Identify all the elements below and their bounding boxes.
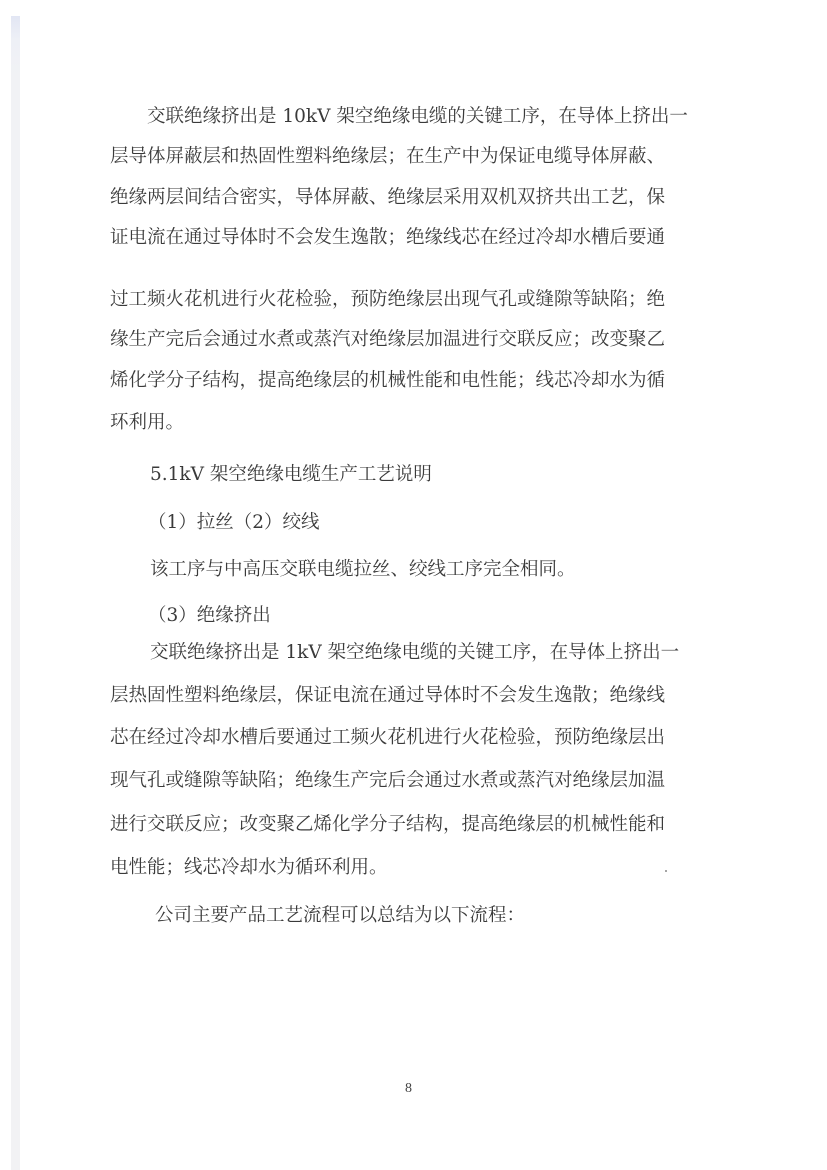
text-line: 过工频火花机进行火花检验，预防绝缘层出现气孔或缝隙等缺陷；绝 xyxy=(110,286,665,314)
process-flow-summary: 公司主要产品工艺流程可以总结为以下流程： xyxy=(155,902,525,930)
text-line: 芯在经过冷却水槽后要通过工频火花机进行火花检验，预防绝缘层出 xyxy=(110,724,665,752)
text-line: 现气孔或缝隙等缺陷；绝缘生产完后会通过水煮或蒸汽对绝缘层加温 xyxy=(110,767,665,795)
text-line: 进行交联反应；改变聚乙烯化学分子结构，提高绝缘层的机械性能和 xyxy=(110,811,665,839)
same-process-text: 该工序与中高压交联电缆拉丝、绞线工序完全相同。 xyxy=(150,556,576,584)
text-line: 烯化学分子结构，提高绝缘层的机械性能和电性能；线芯冷却水为循 xyxy=(110,367,665,395)
scan-edge-strip xyxy=(11,16,20,1170)
text-line: 缘生产完后会通过水煮或蒸汽对绝缘层加温进行交联反应；改变聚乙 xyxy=(110,326,665,354)
text-line: 层导体屏蔽层和热固性塑料绝缘层；在生产中为保证电缆导体屏蔽、 xyxy=(110,143,665,171)
text-line: 交联绝缘挤出是 1kV 架空绝缘电缆的关键工序，在导体上挤出一 xyxy=(150,639,679,667)
subheading-drawing-stranding: （1）拉丝（2）绞线 xyxy=(148,509,320,537)
text-line: 环利用。 xyxy=(110,409,184,437)
text-line: 绝缘两层间结合密实，导体屏蔽、绝缘层采用双机双挤共出工艺，保 xyxy=(110,184,665,212)
page-number: 8 xyxy=(405,1081,412,1097)
section-heading: 5.1kV 架空绝缘电缆生产工艺说明 xyxy=(150,461,432,489)
subheading-insulation-extrusion: （3）绝缘挤出 xyxy=(148,602,271,630)
scan-speck xyxy=(665,870,667,872)
text-line: 证电流在通过导体时不会发生逸散；绝缘线芯在经过冷却水槽后要通 xyxy=(110,224,665,252)
text-line: 层热固性塑料绝缘层，保证电流在通过导体时不会发生逸散；绝缘线 xyxy=(110,682,665,710)
text-line: 交联绝缘挤出是 10kV 架空绝缘电缆的关键工序，在导体上挤出一 xyxy=(147,103,688,131)
text-line: 电性能；线芯冷却水为循环利用。 xyxy=(110,854,388,882)
